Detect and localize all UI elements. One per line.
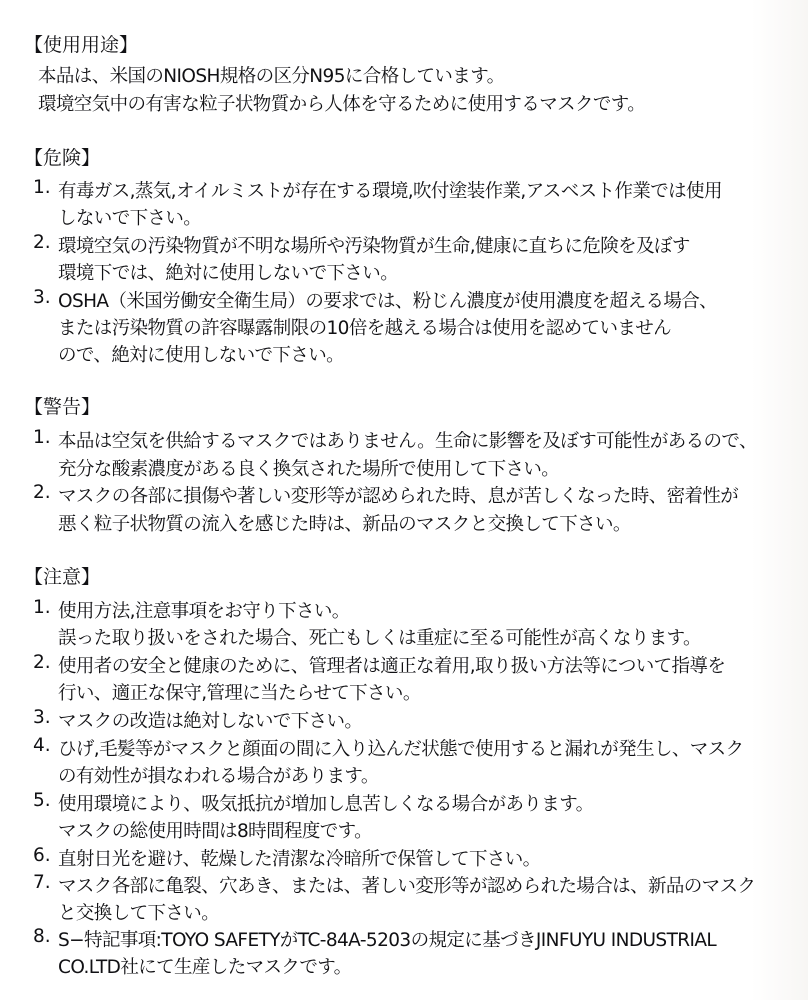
text-line: マスクの改造は絶対しないで下さい。 (58, 707, 362, 733)
item-number: 3. (33, 707, 51, 728)
text-line: 環境空気中の有害な粒子状物質から人体を守るために使用するマスクです。 (38, 90, 645, 116)
text-line: OSHA（米国労働安全衛生局）の要求では、粉じん濃度が使用濃度を超える場合、 (58, 287, 717, 313)
item-number: 4. (33, 735, 51, 756)
text-line: と交換して下さい。 (58, 899, 219, 925)
section-title: 【警告】 (24, 392, 100, 419)
item-number: 2. (33, 652, 51, 673)
text-line: しないで下さい。 (58, 204, 201, 230)
text-line: 有毒ガス,蒸気,オイルミストが存在する環境,吹付塗装作業,アスベスト作業では使用 (58, 177, 722, 203)
text-line: マスクの各部に損傷や著しい変形等が認められた時、息が苦しくなった時、密着性が (58, 482, 738, 508)
item-number: 1. (33, 427, 51, 448)
text-line: 悪く粒子状物質の流入を感じた時は、新品のマスクと交換して下さい。 (58, 510, 631, 536)
item-number: 6. (33, 845, 51, 866)
text-line: ので、絶対に使用しないで下さい。 (58, 341, 344, 367)
item-number: 2. (33, 232, 51, 253)
item-number: 2. (33, 482, 51, 503)
item-number: 5. (33, 790, 51, 811)
text-line: 使用環境により、吸気抵抗が増加し息苦しくなる場合があります。 (58, 790, 594, 816)
text-line: 環境空気の汚染物質が不明な場所や汚染物質が生命,健康に直ちに危険を及ぼす (58, 232, 690, 258)
text-line: CO.LTD社にて生産したマスクです。 (58, 953, 352, 979)
text-line: 使用方法,注意事項をお守り下さい。 (58, 597, 350, 623)
section-title: 【注意】 (24, 562, 100, 589)
mask-safety-instructions: 【使用用途】 本品は、米国のNIOSH規格の区分N95に合格しています。 環境空… (0, 0, 808, 1000)
item-number: 8. (33, 926, 51, 947)
text-line: S−特記事項:TOYO SAFETYがTC-84A-5203の規定に基づきJIN… (58, 926, 716, 952)
text-line: マスク各部に亀裂、穴あき、または、著しい変形等が認められた場合は、新品のマスク (58, 872, 755, 898)
item-number: 1. (33, 597, 51, 618)
text-line: 本品は、米国のNIOSH規格の区分N95に合格しています。 (38, 62, 505, 88)
text-line: マスクの総使用時間は8時間程度です。 (58, 817, 372, 843)
text-line: 充分な酸素濃度がある良く換気された場所で使用して下さい。 (58, 455, 559, 481)
section-title: 【使用用途】 (24, 30, 138, 57)
text-line: の有効性が損なわれる場合があります。 (58, 762, 379, 788)
item-number: 3. (33, 287, 51, 308)
text-line: ひげ,毛髪等がマスクと顔面の間に入り込んだ状態で使用すると漏れが発生し、マスク (58, 735, 743, 761)
text-line: 行い、適正な保守,管理に当たらせて下さい。 (58, 679, 421, 705)
text-line: または汚染物質の許容曝露制限の10倍を越える場合は使用を認めていません (58, 314, 671, 340)
text-line: 使用者の安全と健康のために、管理者は適正な着用,取り扱い方法等について指導を (58, 652, 725, 678)
text-line: 直射日光を避け、乾燥した清潔な冷暗所で保管して下さい。 (58, 845, 541, 871)
item-number: 7. (33, 872, 51, 893)
section-title: 【危険】 (24, 143, 100, 170)
text-line: 環境下では、絶対に使用しないで下さい。 (58, 259, 398, 285)
text-line: 本品は空気を供給するマスクではありません。生命に影響を及ぼす可能性があるので、 (58, 427, 757, 453)
text-line: 誤った取り扱いをされた場合、死亡もしくは重症に至る可能性が高くなります。 (58, 624, 701, 650)
item-number: 1. (33, 177, 51, 198)
